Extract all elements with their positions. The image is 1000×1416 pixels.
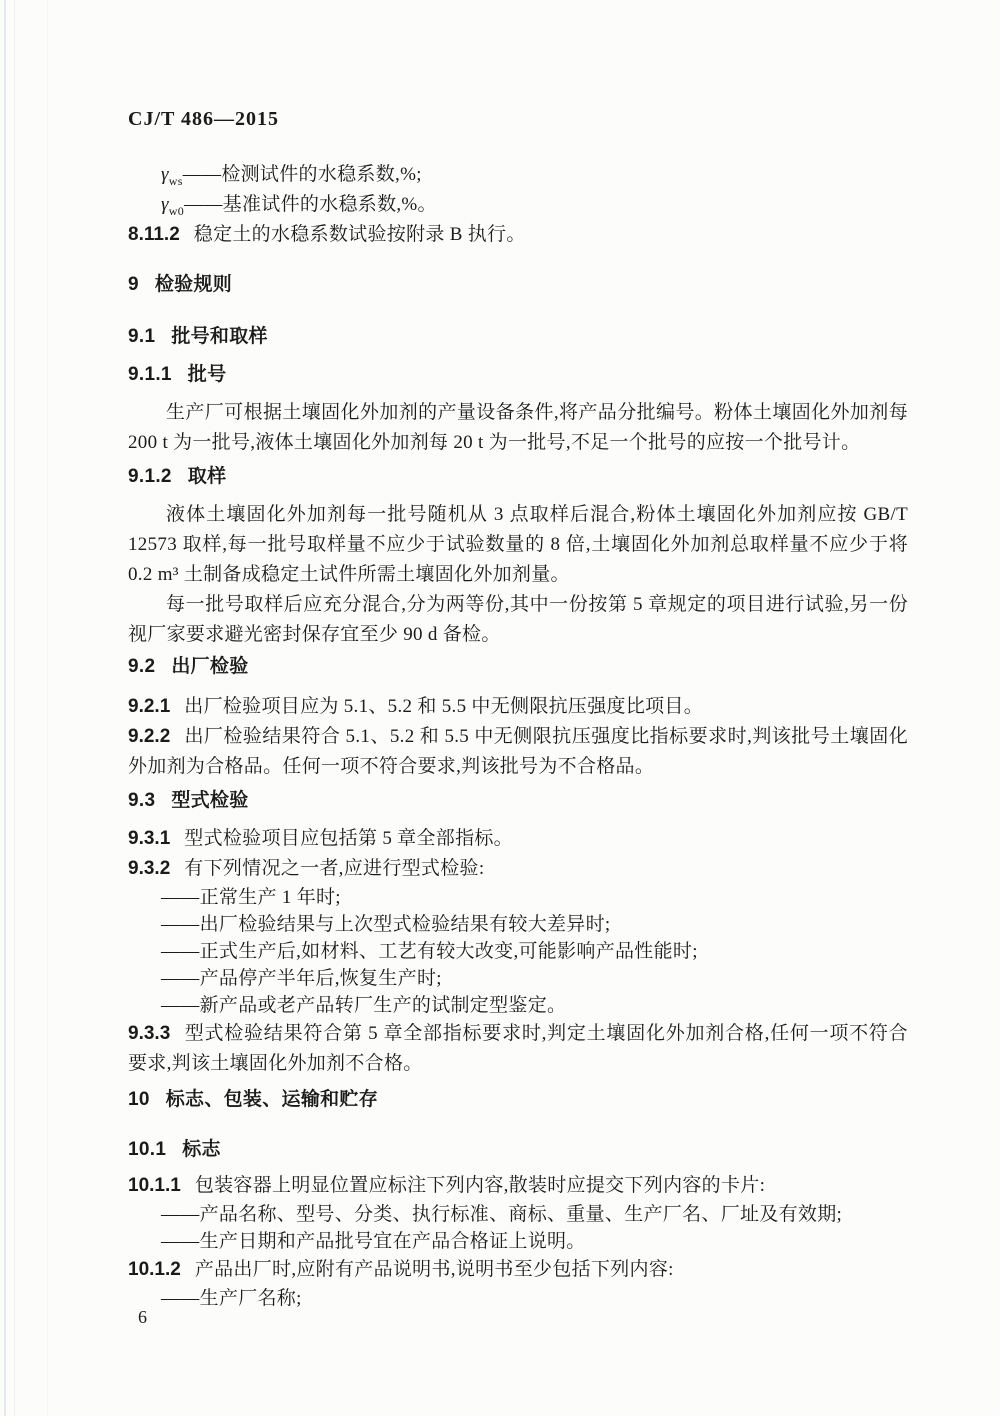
- heading-number: 10.1: [128, 1139, 166, 1160]
- clause-number: 9.2.1: [128, 696, 170, 717]
- clause-number: 10.1.2: [128, 1259, 181, 1280]
- section-9-2-heading: 9.2出厂检验: [128, 652, 908, 682]
- gamma-symbol: γ: [161, 164, 169, 185]
- section-9-3-heading: 9.3型式检验: [128, 786, 908, 816]
- clause-9-2-2: 9.2.2出厂检验结果符合 5.1、5.2 和 5.5 中无侧限抗压强度比指标要…: [128, 722, 908, 782]
- paragraph: 液体土壤固化外加剂每一批号随机从 3 点取样后混合,粉体土壤固化外加剂应按 GB…: [128, 500, 908, 590]
- clause-8-11-2: 8.11.2稳定土的水稳系数试验按附录 B 执行。: [128, 220, 908, 250]
- list-item: ——出厂检验结果与上次型式检验结果有较大差异时;: [128, 911, 908, 938]
- heading-title: 标志: [182, 1139, 221, 1160]
- clause-number: 9.3.1: [128, 828, 170, 849]
- clause-text: 型式检验结果符合第 5 章全部指标要求时,判定土壤固化外加剂合格,任何一项不符合…: [128, 1023, 908, 1074]
- list-item: ——产品名称、型号、分类、执行标准、商标、重量、生产厂名、厂址及有效期;: [128, 1201, 908, 1228]
- clause-text: 包装容器上明显位置应标注下列内容,散装时应提交下列内容的卡片:: [195, 1175, 765, 1196]
- clause-text: 型式检验项目应包括第 5 章全部指标。: [184, 828, 513, 849]
- standard-number-header: CJ/T 486—2015: [128, 106, 908, 132]
- clause-number: 9.2.2: [128, 726, 170, 747]
- document-content: CJ/T 486—2015 γws——检测试件的水稳系数,%; γw0——基准试…: [128, 0, 908, 1312]
- list-item: ——正式生产后,如材料、工艺有较大改变,可能影响产品性能时;: [128, 938, 908, 965]
- clause-text: 出厂检验项目应为 5.1、5.2 和 5.5 中无侧限抗压强度比项目。: [184, 696, 703, 717]
- clause-9-3-3: 9.3.3型式检验结果符合第 5 章全部指标要求时,判定土壤固化外加剂合格,任何…: [128, 1019, 908, 1079]
- clause-9-2-1: 9.2.1出厂检验项目应为 5.1、5.2 和 5.5 中无侧限抗压强度比项目。: [128, 692, 908, 722]
- heading-number: 9.3: [128, 790, 155, 811]
- symbol-definition-line: γw0——基准试件的水稳系数,%。: [128, 190, 908, 220]
- section-10-heading: 10标志、包装、运输和贮存: [128, 1085, 908, 1115]
- symbol-definition-line: γws——检测试件的水稳系数,%;: [128, 160, 908, 190]
- clause-10-1-2: 10.1.2产品出厂时,应附有产品说明书,说明书至少包括下列内容:: [128, 1255, 908, 1285]
- clause-text: 出厂检验结果符合 5.1、5.2 和 5.5 中无侧限抗压强度比指标要求时,判该…: [128, 726, 908, 777]
- symbol-subscript: ws: [169, 174, 183, 188]
- symbol-subscript: w0: [169, 204, 184, 218]
- clause-number: 10.1.1: [128, 1175, 181, 1196]
- heading-title: 型式检验: [171, 790, 248, 811]
- heading-number: 9.2: [128, 656, 155, 677]
- heading-number: 9.1: [128, 326, 155, 347]
- clause-text: 有下列情况之一者,应进行型式检验:: [184, 858, 484, 879]
- section-10-1-heading: 10.1标志: [128, 1135, 908, 1165]
- list-item: ——正常生产 1 年时;: [128, 884, 908, 911]
- heading-number: 9: [128, 274, 139, 295]
- clause-10-1-1: 10.1.1包装容器上明显位置应标注下列内容,散装时应提交下列内容的卡片:: [128, 1171, 908, 1201]
- clause-9-3-2: 9.3.2有下列情况之一者,应进行型式检验:: [128, 854, 908, 884]
- clause-number: 9.3.2: [128, 858, 170, 879]
- heading-title: 出厂检验: [171, 656, 248, 677]
- heading-number: 10: [128, 1089, 150, 1110]
- gamma-symbol: γ: [161, 194, 169, 215]
- list-item: ——生产日期和产品批号宜在产品合格证上说明。: [128, 1228, 908, 1255]
- symbol-description: ——基准试件的水稳系数,%。: [184, 194, 437, 215]
- paragraph: 生产厂可根据土壤固化外加剂的产量设备条件,将产品分批编号。粉体土壤固化外加剂每 …: [128, 398, 908, 458]
- scan-artifact-line: [4, 0, 6, 1416]
- page-number: 6: [138, 1306, 147, 1328]
- symbol-description: ——检测试件的水稳系数,%;: [183, 164, 422, 185]
- list-item: ——产品停产半年后,恢复生产时;: [128, 965, 908, 992]
- clause-number: 8.11.2: [128, 224, 180, 245]
- heading-title: 批号和取样: [171, 326, 268, 347]
- clause-text: 稳定土的水稳系数试验按附录 B 执行。: [194, 224, 526, 245]
- clause-9-3-1: 9.3.1型式检验项目应包括第 5 章全部指标。: [128, 824, 908, 854]
- scan-artifact-line: [47, 0, 48, 1416]
- section-9-1-heading: 9.1批号和取样: [128, 322, 908, 352]
- scan-artifact-line: [14, 0, 15, 1416]
- heading-title: 取样: [188, 466, 227, 487]
- clause-number: 9.3.3: [128, 1023, 170, 1044]
- paragraph: 每一批号取样后应充分混合,分为两等份,其中一份按第 5 章规定的项目进行试验,另…: [128, 590, 908, 650]
- heading-number: 9.1.1: [128, 364, 172, 385]
- heading-title: 批号: [188, 364, 227, 385]
- list-item: ——新产品或老产品转厂生产的试制定型鉴定。: [128, 992, 908, 1019]
- scanned-standard-page: CJ/T 486—2015 γws——检测试件的水稳系数,%; γw0——基准试…: [0, 0, 1000, 1416]
- list-item: ——生产厂名称;: [128, 1285, 908, 1312]
- heading-title: 标志、包装、运输和贮存: [166, 1089, 378, 1110]
- section-9-heading: 9检验规则: [128, 270, 908, 300]
- clause-text: 产品出厂时,应附有产品说明书,说明书至少包括下列内容:: [195, 1259, 674, 1280]
- heading-number: 9.1.2: [128, 466, 172, 487]
- section-9-1-1-heading: 9.1.1批号: [128, 360, 908, 390]
- heading-title: 检验规则: [155, 274, 232, 295]
- section-9-1-2-heading: 9.1.2取样: [128, 462, 908, 492]
